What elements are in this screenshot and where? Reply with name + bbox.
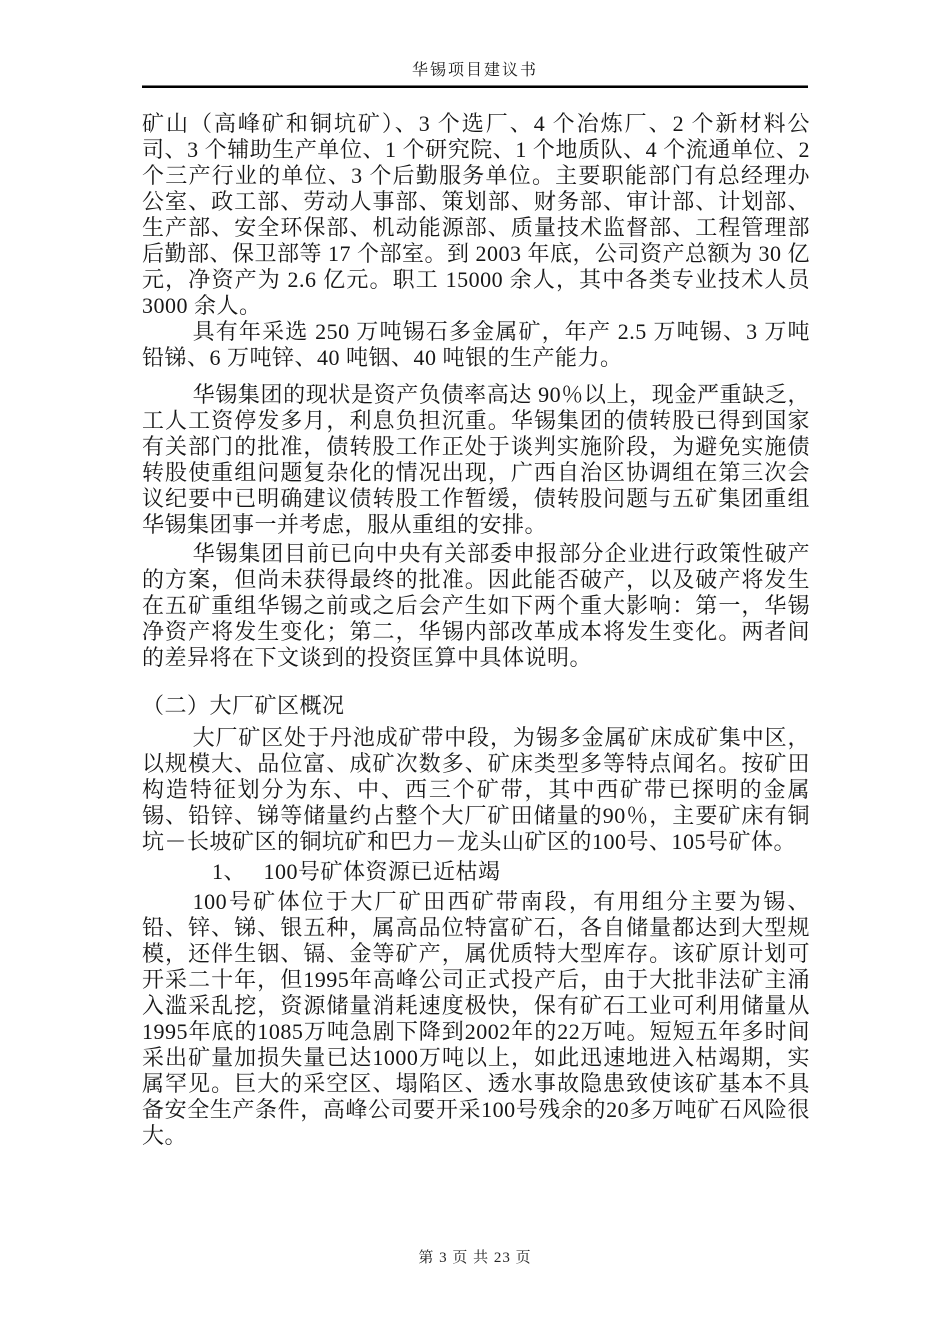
paragraph-production-capacity: 具有年采选 250 万吨锡石多金属矿，年产 2.5 万吨锡、3 万吨铅锑、6 万… [142,319,810,371]
paragraph-debt-status: 华锡集团的现状是资产负债率高达 90％以上，现金严重缺乏，工人工资停发多月，利息… [142,382,810,538]
header-rule [142,85,808,88]
header-title: 华锡项目建议书 [142,57,808,80]
section-heading-mining-area: （二）大厂矿区概况 [142,693,810,719]
page-number: 第 3 页 共 23 页 [418,1250,531,1266]
page-footer: 第 3 页 共 23 页 [0,1246,950,1267]
paragraph-bankruptcy-plan: 华锡集团目前已向中央有关部委申报部分企业进行政策性破产的方案，但尚未获得最终的批… [142,541,810,671]
paragraph-orebody-100-detail: 100号矿体位于大厂矿田西矿带南段，有用组分主要为锡、铅、锌、锑、银五种，属高品… [142,889,810,1149]
page-header: 华锡项目建议书 [142,57,808,88]
paragraph-mining-area-overview: 大厂矿区处于丹池成矿带中段，为锡多金属矿床成矿集中区，以规模大、品位富、成矿次数… [142,725,810,855]
paragraph-company-structure: 矿山（高峰矿和铜坑矿）、3 个选厂、4 个冶炼厂、2 个新材料公司、3 个辅助生… [142,111,810,319]
subsection-heading-orebody-100: 1、 100号矿体资源已近枯竭 [142,859,810,885]
document-body: 矿山（高峰矿和铜坑矿）、3 个选厂、4 个冶炼厂、2 个新材料公司、3 个辅助生… [142,111,810,1149]
document-page: 华锡项目建议书 矿山（高峰矿和铜坑矿）、3 个选厂、4 个冶炼厂、2 个新材料公… [0,0,950,1344]
